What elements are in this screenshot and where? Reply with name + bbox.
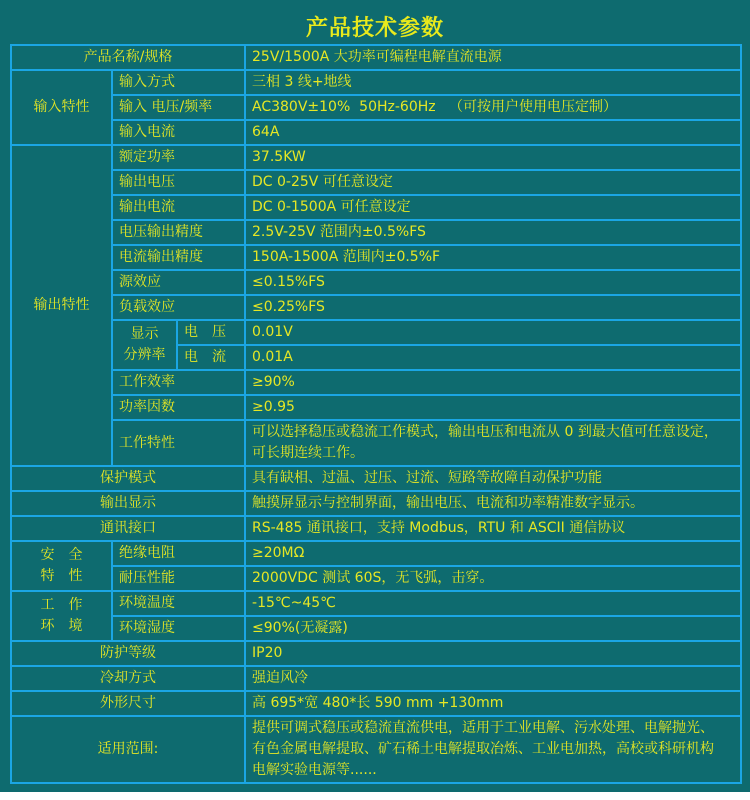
- resolution-current-value: 0.01A: [245, 345, 741, 370]
- cooling-value: 强迫风冷: [245, 666, 741, 691]
- current-accuracy-value: 150A-1500A 范围内±0.5%F: [245, 245, 741, 270]
- table-row: 工 作 环 境 环境温度 -15℃~45℃: [11, 591, 741, 616]
- product-name-value: 25V/1500A 大功率可编程电解直流电源: [245, 45, 741, 70]
- table-row: 安 全 特 性 绝缘电阻 ≥20MΩ: [11, 541, 741, 566]
- working-character-label: 工作特性: [112, 420, 245, 466]
- dimensions-value: 高 695*宽 480*长 590 mm +130mm: [245, 691, 741, 716]
- table-row: 输入特性 输入方式 三相 3 线+地线: [11, 70, 741, 95]
- source-effect-value: ≤0.15%FS: [245, 270, 741, 295]
- page-title: 产品技术参数: [0, 0, 750, 44]
- protection-mode-value: 具有缺相、过温、过压、过流、短路等故障自动保护功能: [245, 466, 741, 491]
- table-row: 输出显示 触摸屏显示与控制界面，输出电压、电流和功率精准数字显示。: [11, 491, 741, 516]
- table-row: 产品名称/规格 25V/1500A 大功率可编程电解直流电源: [11, 45, 741, 70]
- load-effect-value: ≤0.25%FS: [245, 295, 741, 320]
- ambient-humidity-value: ≤90%(无凝露): [245, 616, 741, 641]
- load-effect-label: 负载效应: [112, 295, 245, 320]
- input-current-value: 64A: [245, 120, 741, 145]
- spec-table: 产品名称/规格 25V/1500A 大功率可编程电解直流电源 输入特性 输入方式…: [10, 44, 742, 784]
- resolution-voltage-value: 0.01V: [245, 320, 741, 345]
- application-label: 适用范围:: [11, 716, 245, 783]
- output-group-label: 输出特性: [11, 145, 112, 466]
- insulation-value: ≥20MΩ: [245, 541, 741, 566]
- table-row: 功率因数 ≥0.95: [11, 395, 741, 420]
- table-row: 适用范围: 提供可调式稳压或稳流直流供电，适用于工业电解、污水处理、电解抛光、 …: [11, 716, 741, 783]
- working-character-value: 可以选择稳压或稳流工作模式，输出电压和电流从 0 到最大值可任意设定， 可长期连…: [245, 420, 741, 466]
- spec-page: 产品技术参数 产品名称/规格 25V/1500A 大功率可编程电解直流电源 输入…: [0, 0, 750, 792]
- input-volt-freq-label: 输入 电压/频率: [112, 95, 245, 120]
- input-mode-value: 三相 3 线+地线: [245, 70, 741, 95]
- output-voltage-value: DC 0-25V 可任意设定: [245, 170, 741, 195]
- output-voltage-label: 输出电压: [112, 170, 245, 195]
- table-row: 源效应 ≤0.15%FS: [11, 270, 741, 295]
- voltage-accuracy-label: 电压输出精度: [112, 220, 245, 245]
- ambient-humidity-label: 环境湿度: [112, 616, 245, 641]
- cooling-label: 冷却方式: [11, 666, 245, 691]
- safety-group-label: 安 全 特 性: [11, 541, 112, 591]
- protection-grade-value: IP20: [245, 641, 741, 666]
- resolution-current-label: 电 流: [177, 345, 245, 370]
- table-row: 外形尺寸 高 695*宽 480*长 590 mm +130mm: [11, 691, 741, 716]
- output-current-label: 输出电流: [112, 195, 245, 220]
- table-row: 输入电流 64A: [11, 120, 741, 145]
- protection-grade-label: 防护等级: [11, 641, 245, 666]
- table-row: 环境湿度 ≤90%(无凝露): [11, 616, 741, 641]
- table-row: 输入 电压/频率 AC380V±10% 50Hz-60Hz （可按用户使用电压定…: [11, 95, 741, 120]
- output-display-value: 触摸屏显示与控制界面，输出电压、电流和功率精准数字显示。: [245, 491, 741, 516]
- source-effect-label: 源效应: [112, 270, 245, 295]
- table-row: 输出特性 额定功率 37.5KW: [11, 145, 741, 170]
- voltage-accuracy-value: 2.5V-25V 范围内±0.5%FS: [245, 220, 741, 245]
- input-current-label: 输入电流: [112, 120, 245, 145]
- ambient-temperature-value: -15℃~45℃: [245, 591, 741, 616]
- protection-mode-label: 保护模式: [11, 466, 245, 491]
- table-row: 电压输出精度 2.5V-25V 范围内±0.5%FS: [11, 220, 741, 245]
- withstand-voltage-value: 2000VDC 测试 60S，无飞弧，击穿。: [245, 566, 741, 591]
- output-current-value: DC 0-1500A 可任意设定: [245, 195, 741, 220]
- table-row: 冷却方式 强迫风冷: [11, 666, 741, 691]
- current-accuracy-label: 电流输出精度: [112, 245, 245, 270]
- table-row: 输出电压 DC 0-25V 可任意设定: [11, 170, 741, 195]
- rated-power-label: 额定功率: [112, 145, 245, 170]
- efficiency-value: ≥90%: [245, 370, 741, 395]
- table-row: 工作特性 可以选择稳压或稳流工作模式，输出电压和电流从 0 到最大值可任意设定，…: [11, 420, 741, 466]
- display-resolution-label: 显示 分辨率: [112, 320, 177, 370]
- input-group-label: 输入特性: [11, 70, 112, 145]
- input-mode-label: 输入方式: [112, 70, 245, 95]
- table-row: 电流输出精度 150A-1500A 范围内±0.5%F: [11, 245, 741, 270]
- resolution-voltage-label: 电 压: [177, 320, 245, 345]
- table-row: 保护模式 具有缺相、过温、过压、过流、短路等故障自动保护功能: [11, 466, 741, 491]
- table-row: 输出电流 DC 0-1500A 可任意设定: [11, 195, 741, 220]
- table-row: 负载效应 ≤0.25%FS: [11, 295, 741, 320]
- rated-power-value: 37.5KW: [245, 145, 741, 170]
- efficiency-label: 工作效率: [112, 370, 245, 395]
- power-factor-label: 功率因数: [112, 395, 245, 420]
- comm-port-label: 通讯接口: [11, 516, 245, 541]
- application-value: 提供可调式稳压或稳流直流供电，适用于工业电解、污水处理、电解抛光、 有色金属电解…: [245, 716, 741, 783]
- power-factor-value: ≥0.95: [245, 395, 741, 420]
- dimensions-label: 外形尺寸: [11, 691, 245, 716]
- comm-port-value: RS-485 通讯接口，支持 Modbus，RTU 和 ASCII 通信协议: [245, 516, 741, 541]
- table-row: 通讯接口 RS-485 通讯接口，支持 Modbus，RTU 和 ASCII 通…: [11, 516, 741, 541]
- ambient-temperature-label: 环境温度: [112, 591, 245, 616]
- output-display-label: 输出显示: [11, 491, 245, 516]
- table-row: 显示 分辨率 电 压 0.01V: [11, 320, 741, 345]
- table-row: 工作效率 ≥90%: [11, 370, 741, 395]
- table-row: 耐压性能 2000VDC 测试 60S，无飞弧，击穿。: [11, 566, 741, 591]
- table-row: 防护等级 IP20: [11, 641, 741, 666]
- input-volt-freq-value: AC380V±10% 50Hz-60Hz （可按用户使用电压定制）: [245, 95, 741, 120]
- product-name-label: 产品名称/规格: [11, 45, 245, 70]
- insulation-label: 绝缘电阻: [112, 541, 245, 566]
- withstand-voltage-label: 耐压性能: [112, 566, 245, 591]
- environment-group-label: 工 作 环 境: [11, 591, 112, 641]
